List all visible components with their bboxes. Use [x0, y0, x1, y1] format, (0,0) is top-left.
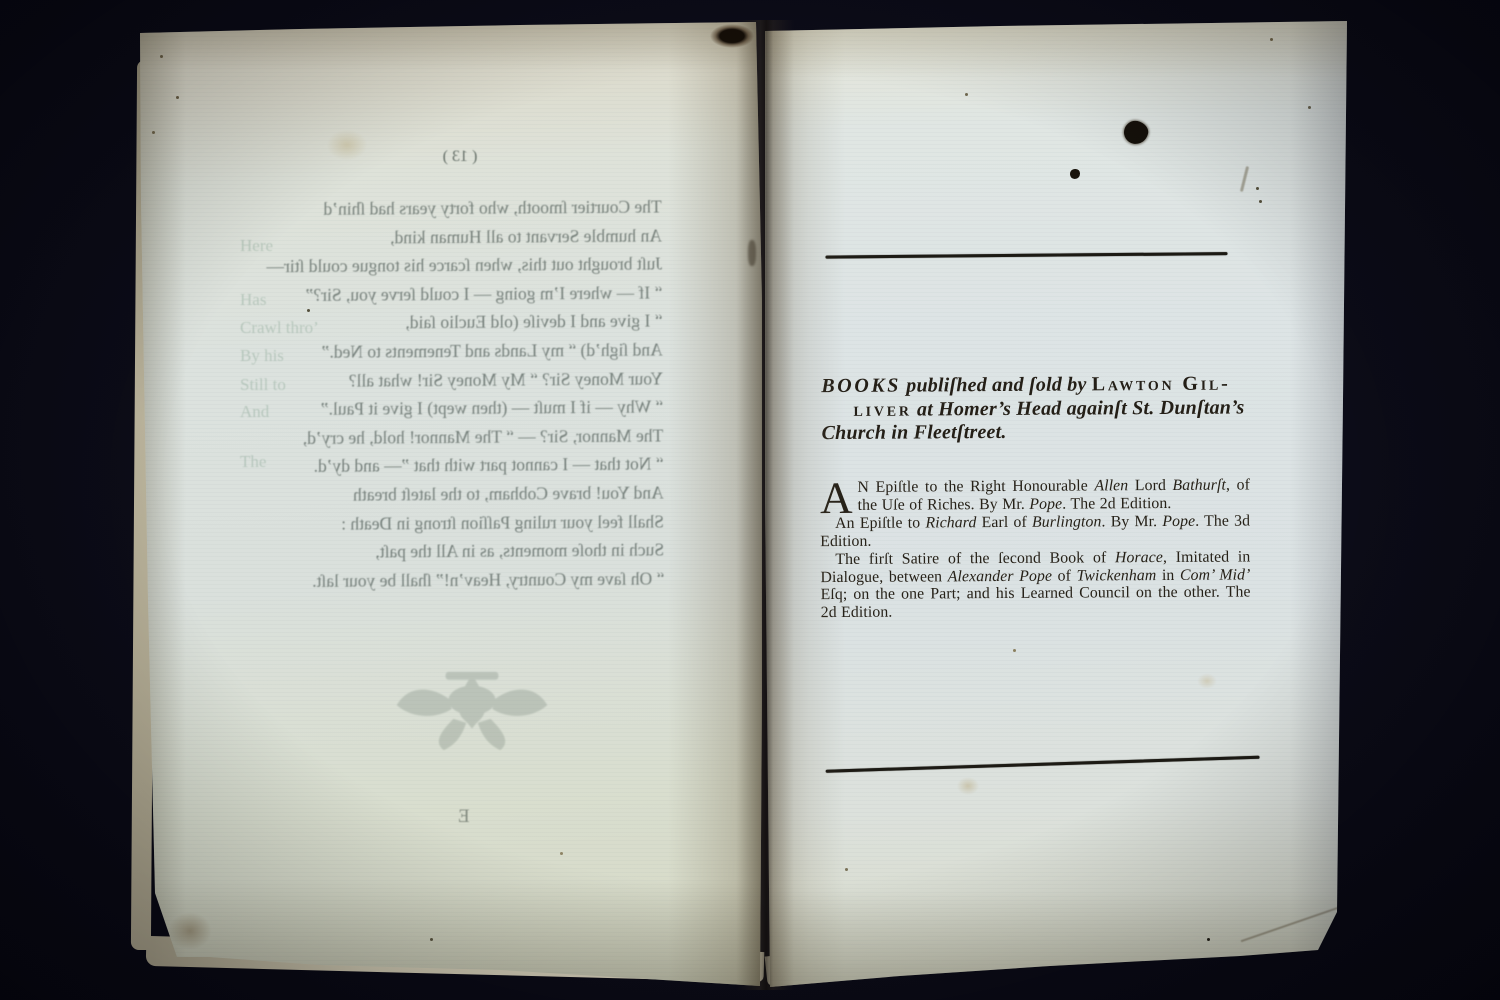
roman-text: Earl of: [976, 514, 1032, 531]
dust-speck: [160, 55, 163, 58]
advert-heading-line3: Church in Fleetſtreet.: [822, 420, 1262, 446]
book-spread-photo: HereHasCrawl thro’By hisStill toAndThe (…: [0, 0, 1500, 1000]
italic-text: Pope: [1029, 496, 1062, 513]
italic-text: Twickenham: [1077, 567, 1157, 584]
dust-speck: [152, 131, 155, 134]
italic-text: Bathurſt: [1172, 477, 1226, 494]
dust-speck: [845, 868, 848, 871]
showthrough-verse-block: The Courtier ſmooth, who forty years had…: [232, 193, 665, 596]
dust-speck: [560, 852, 563, 855]
showthrough-verse-line: Such in thoſe moments, as in All the paſ…: [234, 536, 664, 568]
dust-speck: [965, 93, 968, 96]
publisher-name-start: Lawton Gil-: [1092, 373, 1231, 396]
roman-text: Lord: [1128, 477, 1172, 494]
showthrough-verse-line: “ Not that — I cannot part with that ”— …: [233, 450, 663, 482]
showthrough-verse-line: And ſigh’d) “ my Lands and Tenements to …: [233, 335, 663, 367]
italic-text: Pope: [1162, 513, 1195, 530]
showthrough-verse-line: Your Money Sir? “ My Money Sir! what all…: [233, 364, 663, 396]
heading-address-text: at Homer’s Head againſt St. Dunſtan’s: [912, 396, 1245, 420]
showthrough-verse-line: And You! brave Cobham, to the lateſt bre…: [234, 478, 664, 510]
roman-text: Eſq; on the one Part; and his Learned Co…: [821, 584, 1251, 622]
heading-middle-text: publiſhed and ſold by: [901, 373, 1092, 396]
roman-text: An Epiſtle to: [835, 514, 925, 532]
catalogue-entry: An Epiſtle to Richard Earl of Burlington…: [820, 512, 1250, 550]
catalogue-entries: AN Epiſtle to the Right Honourable Allen…: [820, 476, 1251, 622]
horizontal-rule-top: [826, 252, 1228, 259]
showthrough-verse-line: “ Oh ſave my Country, Heav’n!” ſhall be …: [234, 564, 664, 596]
showthrough-verse-line: Shall feel your ruling Paſſion ſtrong in…: [234, 507, 664, 539]
dust-speck: [1259, 200, 1262, 203]
paper-stain: [318, 123, 376, 167]
roman-text: The firſt Satire of the ſecond Book of: [835, 549, 1115, 568]
publisher-name-end: liver: [853, 398, 911, 420]
showthrough-verse-line: “ If — where I’m going — I could ſerve y…: [232, 278, 662, 310]
italic-text: Com’ Mid’: [1180, 566, 1251, 583]
horizontal-rule-bottom: [826, 756, 1260, 773]
roman-text: . By Mr.: [1101, 513, 1162, 530]
roman-text: in: [1156, 566, 1180, 583]
dust-speck: [307, 309, 310, 312]
advert-heading-line1: BOOKS publiſhed and ſold by Lawton Gil-: [821, 372, 1261, 398]
italic-text: Burlington: [1032, 513, 1102, 530]
italic-text: Alexander Pope: [948, 567, 1052, 585]
dust-speck: [1270, 38, 1273, 41]
burn-mark: [710, 24, 754, 48]
showthrough-verse-line: Juſt brought out this, when ſcarce his t…: [232, 250, 662, 282]
catalogue-entry: The firſt Satire of the ſecond Book of H…: [820, 548, 1250, 622]
showthrough-folio-number: ( 13 ): [420, 148, 500, 167]
dust-speck: [176, 96, 179, 99]
dust-speck: [1308, 106, 1311, 109]
dust-speck: [1207, 938, 1210, 941]
roman-text: N Epiſtle to the Right Honourable: [857, 477, 1094, 495]
showthrough-verse-line: “ Why — if I muſt — (then wept) I give i…: [233, 393, 663, 425]
catalogue-entry: AN Epiſtle to the Right Honourable Allen…: [820, 476, 1250, 514]
advert-heading-line2: liver at Homer’s Head againſt St. Dunſta…: [821, 396, 1261, 422]
edge-shading: [138, 20, 763, 70]
showthrough-verse-line: An humble Servant to all Human kind,: [232, 221, 662, 253]
floral-ornament-showthrough: [388, 668, 556, 756]
gutter-stain: [748, 240, 756, 266]
italic-text: Horace: [1115, 549, 1163, 566]
drop-cap: A: [820, 482, 853, 514]
italic-text: Allen: [1094, 477, 1128, 494]
dust-speck: [1013, 649, 1016, 652]
dust-speck: [1256, 187, 1259, 190]
books-word: BOOKS: [821, 375, 901, 397]
italic-text: Richard: [925, 514, 976, 531]
roman-text: . The 2d Edition.: [1062, 495, 1171, 513]
advert-heading: BOOKS publiſhed and ſold by Lawton Gil- …: [821, 372, 1261, 445]
signature-mark: E: [458, 806, 470, 828]
roman-text: of: [1052, 567, 1077, 584]
gutter-shading: [668, 20, 764, 988]
showthrough-verse-line: “ I give and I deviſe (old Euclio ſaid,: [232, 307, 662, 339]
showthrough-verse-line: The Courtier ſmooth, who forty years had…: [232, 193, 662, 225]
dust-speck: [430, 938, 433, 941]
showthrough-verse-line: The Mannor, Sir? — “ The Mannor! hold, h…: [233, 421, 663, 453]
